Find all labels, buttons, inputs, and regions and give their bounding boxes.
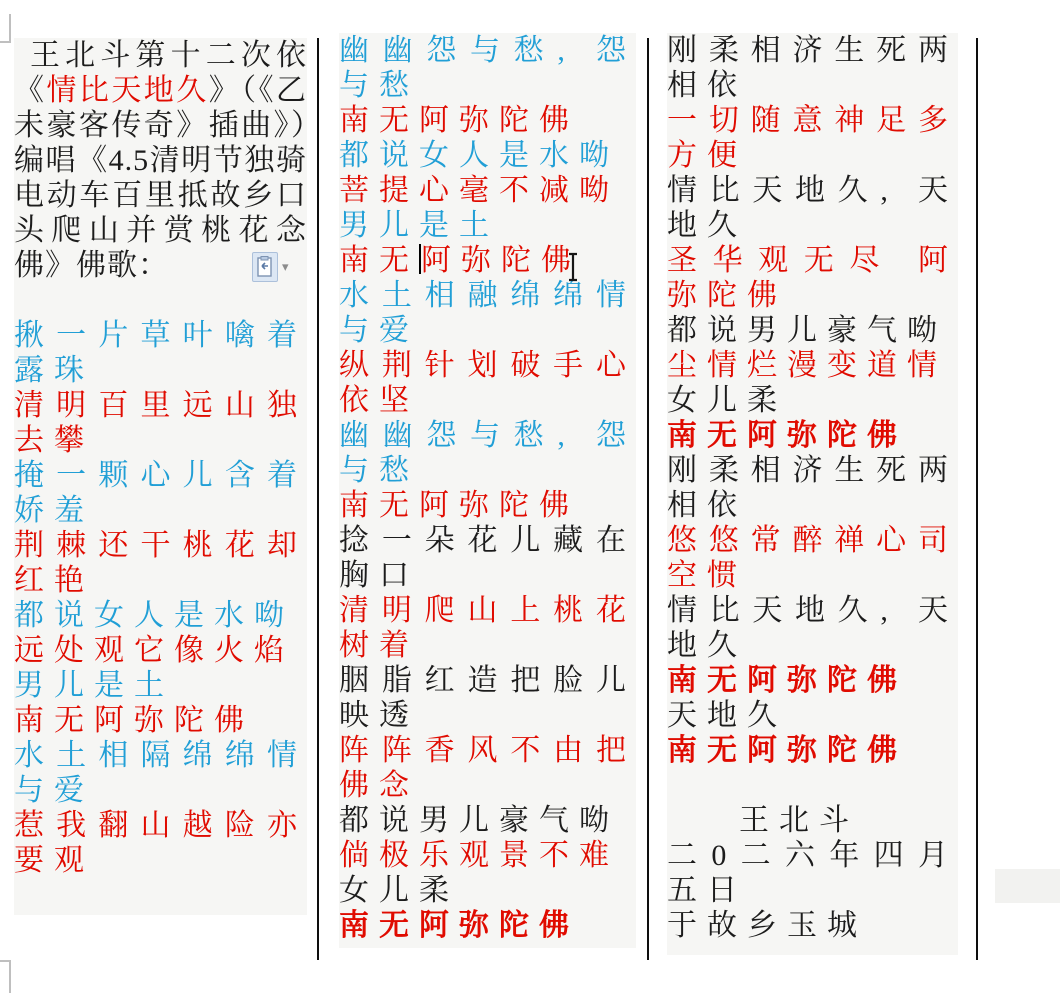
lyric-line[interactable]: 菩提心毫不减呦 (339, 173, 636, 208)
column-separator-3 (976, 38, 978, 960)
lyric-line[interactable]: 尘情烂漫变道情 (667, 348, 958, 383)
lyric-line[interactable]: 南无阿弥陀佛 (339, 243, 636, 278)
lyric-line[interactable]: 都说女人是水呦 (339, 138, 636, 173)
lyric-line[interactable]: 南无阿弥陀佛 (667, 418, 958, 453)
lyric-line[interactable]: 天地久 (667, 698, 958, 733)
lyric-line[interactable]: 掩一颗心儿含着娇羞 (14, 458, 307, 528)
text-boundary-corner-bottom-left (0, 960, 11, 993)
lyric-line[interactable]: 清明爬山上桃花树着 (339, 593, 636, 663)
blank-line (667, 768, 958, 803)
lyric-line[interactable]: 捻一朵花儿藏在胸口 (339, 523, 636, 593)
lyric-line[interactable]: 都说女人是水呦 (14, 598, 307, 633)
lyric-line[interactable]: 一切随意神足多方便 (667, 103, 958, 173)
signature-place[interactable]: 于故乡玉城 (667, 908, 958, 943)
signature-name[interactable]: 王北斗 (667, 803, 958, 838)
signature-date[interactable]: 二0二六年四月五日 (667, 838, 958, 908)
column-separator-2 (647, 38, 649, 960)
ibeam-mouse-cursor (566, 252, 580, 282)
text-column-2: 幽幽怨与愁, 怨与愁南无阿弥陀佛都说女人是水呦菩提心毫不减呦男儿是土南无阿弥陀佛… (339, 33, 636, 948)
lyric-line[interactable]: 都说男儿豪气呦 (339, 803, 636, 838)
lyric-line[interactable]: 男儿是土 (14, 668, 307, 703)
lyric-line[interactable]: 圣华观无尽 阿弥陀佛 (667, 243, 958, 313)
lyric-line[interactable]: 女儿柔 (339, 873, 636, 908)
lyric-line[interactable]: 南无阿弥陀佛 (339, 908, 636, 943)
lyric-line[interactable]: 男儿是土 (339, 208, 636, 243)
lyric-line[interactable]: 幽幽怨与愁, 怨与愁 (339, 33, 636, 103)
document-page: 王北斗第十二次依《情比天地久》（《乙未豪客传奇》插曲》）编唱《4.5清明节独骑电… (0, 0, 1060, 993)
paste-options-button[interactable]: ▾ (252, 252, 289, 282)
lyric-line[interactable]: 南无阿弥陀佛 (667, 733, 958, 768)
lyric-line[interactable]: 揪一片草叶噙着露珠 (14, 318, 307, 388)
text-column-1: 王北斗第十二次依《情比天地久》（《乙未豪客传奇》插曲》）编唱《4.5清明节独骑电… (14, 38, 307, 915)
lyric-line[interactable]: 水土相隔绵绵情与爱 (14, 738, 307, 808)
lyrics-block-2: 幽幽怨与愁, 怨与愁南无阿弥陀佛都说女人是水呦菩提心毫不减呦男儿是土南无阿弥陀佛… (339, 33, 636, 943)
lyric-line[interactable]: 都说男儿豪气呦 (667, 313, 958, 348)
lyrics-block-1: 揪一片草叶噙着露珠清明百里远山独去攀掩一颗心儿含着娇羞荆棘还干桃花却红艳都说女人… (14, 283, 307, 878)
lyric-line[interactable]: 远处观它像火焰 (14, 633, 307, 668)
lyric-line[interactable]: 惹我翻山越险亦要观 (14, 808, 307, 878)
lyric-line[interactable]: 情比天地久, 天地久 (667, 173, 958, 243)
lyric-line[interactable]: 情比天地久, 天地久 (667, 593, 958, 663)
lyric-line[interactable]: 水土相融绵绵情与爱 (339, 278, 636, 348)
lyric-line[interactable]: 荆棘还干桃花却红艳 (14, 528, 307, 598)
lyric-line[interactable]: 南无阿弥陀佛 (14, 703, 307, 738)
lyric-line[interactable]: 南无阿弥陀佛 (339, 488, 636, 523)
column-separator-1 (317, 38, 319, 960)
lyric-line[interactable]: 阵阵香风不由把佛念 (339, 733, 636, 803)
lyric-line[interactable]: 刚柔相济生死两相依 (667, 33, 958, 103)
dropdown-arrow-icon: ▾ (282, 259, 289, 275)
lyric-line[interactable]: 倘极乐观景不难 (339, 838, 636, 873)
text-boundary-corner-top-left (0, 14, 11, 43)
lyric-line[interactable]: 南无阿弥陀佛 (339, 103, 636, 138)
lyric-line[interactable]: 刚柔相济生死两相依 (667, 453, 958, 523)
lyric-line[interactable]: 纵荆针划破手心依坚 (339, 348, 636, 418)
lyric-line[interactable]: 南无阿弥陀佛 (667, 663, 958, 698)
lyric-line[interactable]: 悠悠常醉禅心司空惯 (667, 523, 958, 593)
blank-line (14, 283, 307, 318)
lyric-line[interactable]: 女儿柔 (667, 383, 958, 418)
lyric-line[interactable]: 清明百里远山独去攀 (14, 388, 307, 458)
residual-gray-artifact (995, 869, 1060, 903)
paste-options-icon (252, 252, 278, 282)
lyrics-block-3: 刚柔相济生死两相依一切随意神足多方便情比天地久, 天地久圣华观无尽 阿弥陀佛都说… (667, 33, 958, 943)
title-paragraph[interactable]: 王北斗第十二次依《情比天地久》（《乙未豪客传奇》插曲》）编唱《4.5清明节独骑电… (14, 38, 307, 283)
lyric-line[interactable]: 幽幽怨与愁, 怨与愁 (339, 418, 636, 488)
lyric-line[interactable]: 胭脂红造把脸儿映透 (339, 663, 636, 733)
text-column-3: 刚柔相济生死两相依一切随意神足多方便情比天地久, 天地久圣华观无尽 阿弥陀佛都说… (667, 33, 958, 955)
title-highlight: 情比天地久 (46, 74, 208, 107)
